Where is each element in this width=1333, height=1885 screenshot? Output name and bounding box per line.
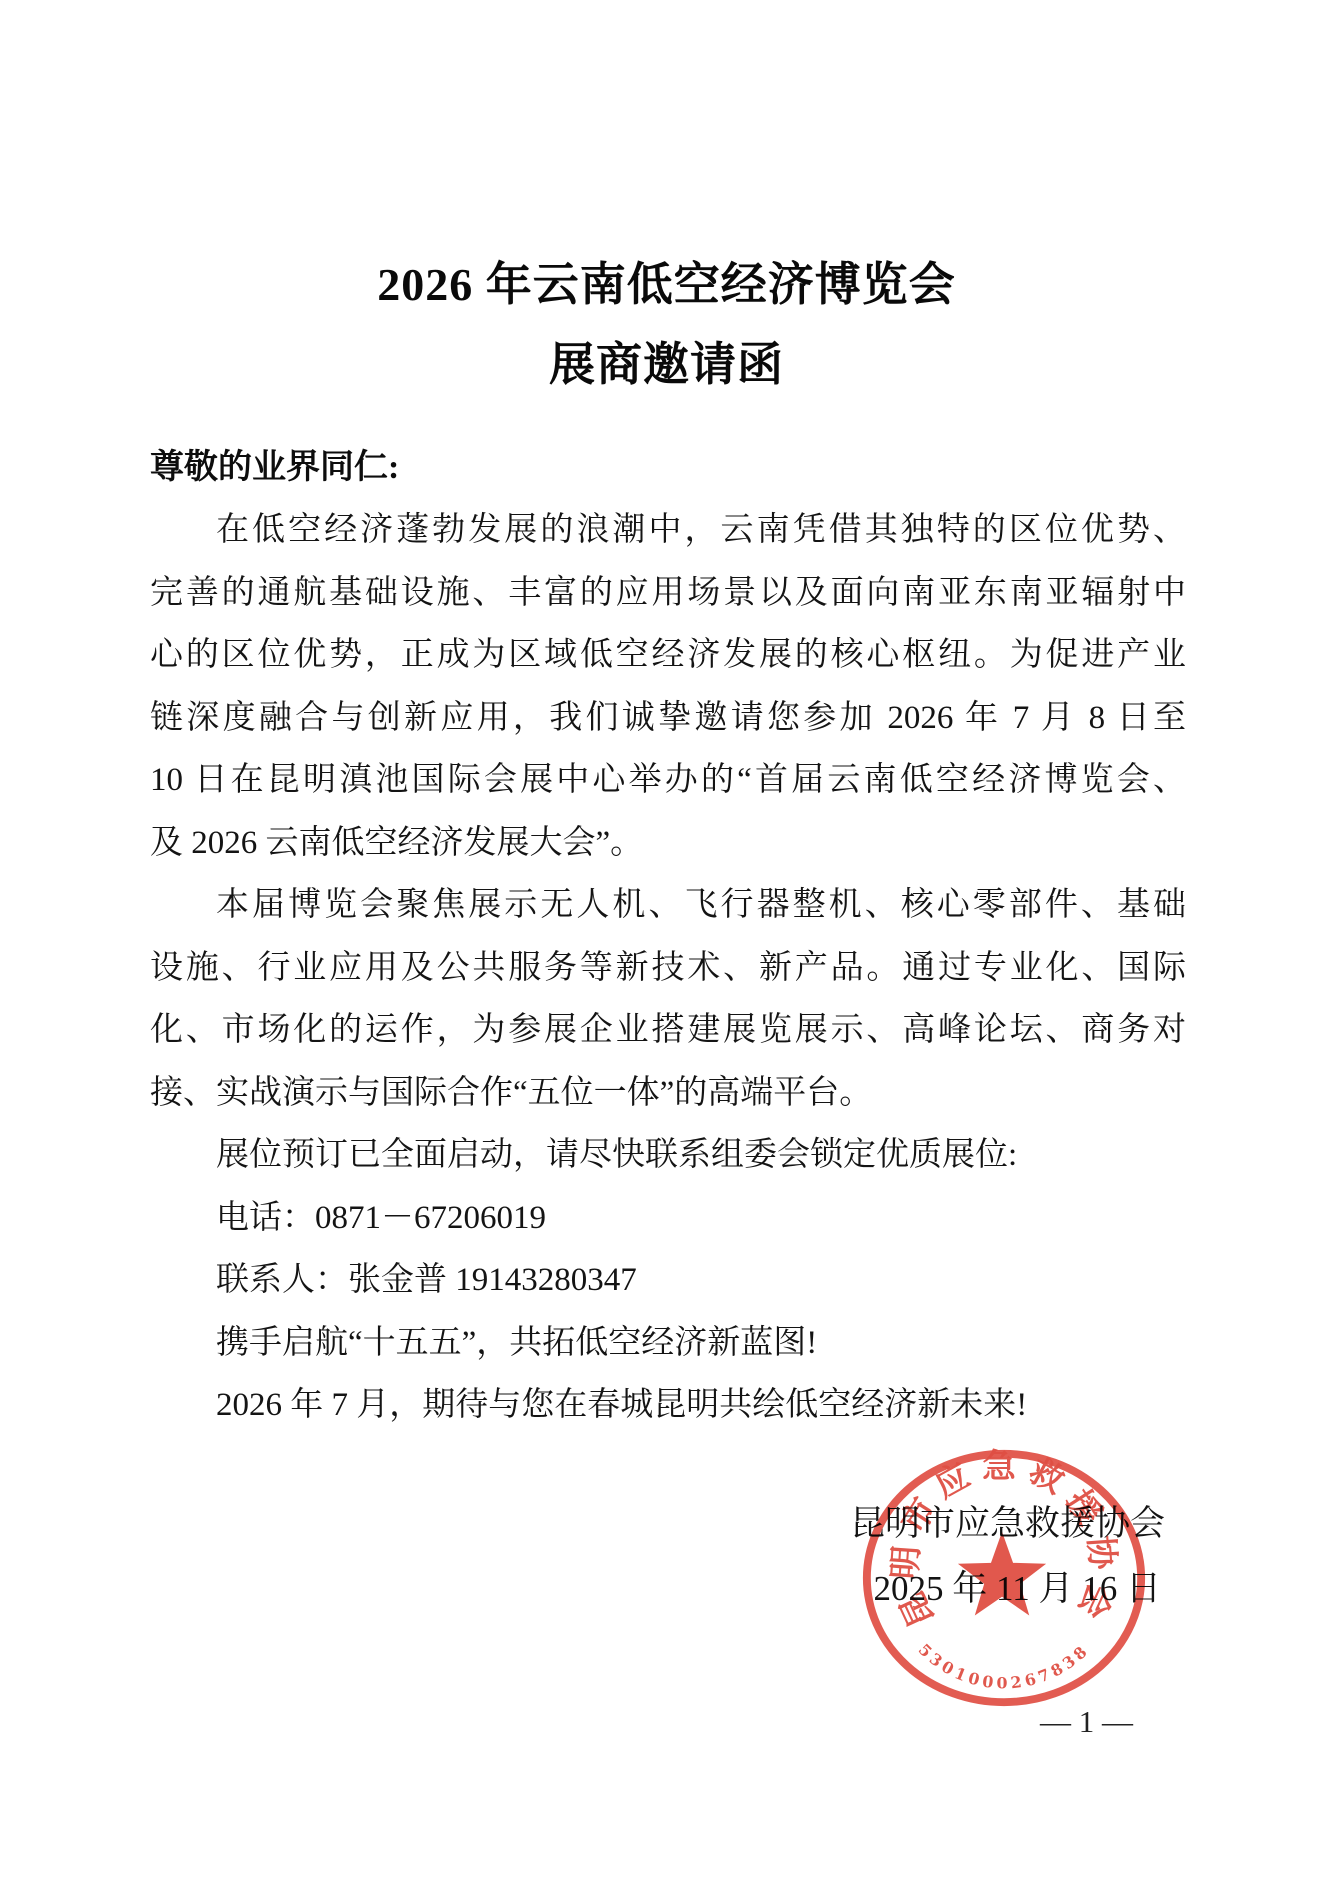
signature-date: 2025 年 11 月 16 日 [874,1567,1161,1611]
body-line: 在低空经济蓬勃发展的浪潮中，云南凭借其独特的区位优势、 [150,499,1186,562]
body-line: 化、市场化的运作，为参展企业搭建展览展示、高峰论坛、商务对 [150,999,1186,1062]
contact-person-line: 联系人：张金普 19143280347 [150,1249,1186,1312]
body-line: 本届博览会聚焦展示无人机、飞行器整机、核心零部件、基础 [150,874,1186,937]
slogan-line: 携手启航“十五五”，共拓低空经济新蓝图! [150,1312,1186,1375]
title-line-1: 2026 年云南低空经济博览会 [0,245,1333,325]
salutation: 尊敬的业界同仁: [150,438,399,498]
body-line: 设施、行业应用及公共服务等新技术、新产品。通过专业化、国际 [150,937,1186,1000]
signature-organization: 昆明市应急救援协会 [850,1502,1165,1546]
document-title: 2026 年云南低空经济博览会 展商邀请函 [0,245,1333,405]
body-line: 及 2026 云南低空经济发展大会”。 [150,812,1186,875]
page-number: — 1 — [1040,1702,1133,1742]
body-line: 接、实战演示与国际合作“五位一体”的高端平台。 [150,1062,1186,1125]
body-line: 心的区位优势，正成为区域低空经济发展的核心枢纽。为促进产业 [150,624,1186,687]
letter-body: 在低空经济蓬勃发展的浪潮中，云南凭借其独特的区位优势、 完善的通航基础设施、丰富… [150,499,1186,1437]
body-line: 10 日在昆明滇池国际会展中心举办的“首届云南低空经济博览会、 [150,749,1186,812]
body-line: 链深度融合与创新应用，我们诚挚邀请您参加 2026 年 7 月 8 日至 [150,687,1186,750]
body-line: 展位预订已全面启动，请尽快联系组委会锁定优质展位: [150,1124,1186,1187]
title-line-2: 展商邀请函 [0,325,1333,405]
closing-line: 2026 年 7 月，期待与您在春城昆明共绘低空经济新未来! [150,1374,1186,1437]
document-page: 2026 年云南低空经济博览会 展商邀请函 尊敬的业界同仁: 在低空经济蓬勃发展… [0,0,1333,1885]
phone-line: 电话：0871－67206019 [150,1187,1186,1250]
body-line: 完善的通航基础设施、丰富的应用场景以及面向南亚东南亚辐射中 [150,562,1186,625]
seal-serial-number: 5301000267838 [915,1640,1094,1693]
